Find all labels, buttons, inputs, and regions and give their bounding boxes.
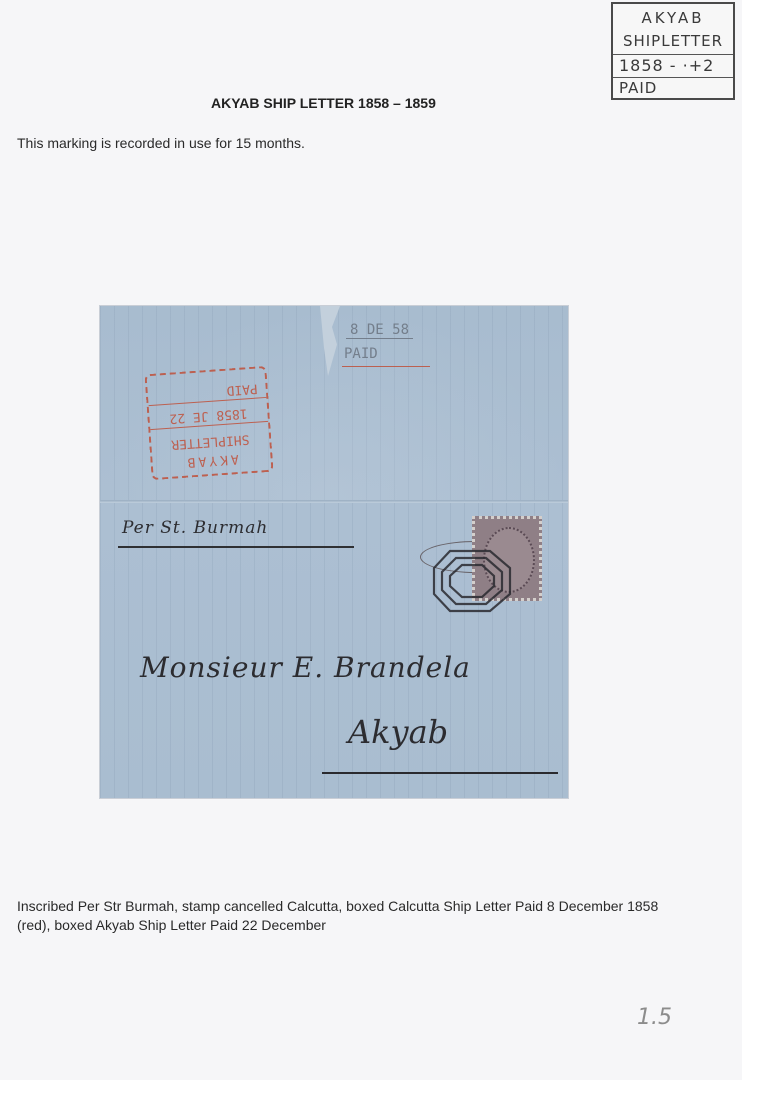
reference-marking-date: 1858 - ·+2 — [613, 54, 733, 75]
reference-marking-line1: AKYAB — [613, 9, 733, 27]
reference-marking-line2: SHIPLETTER — [613, 32, 733, 50]
page-title: AKYAB SHIP LETTER 1858 – 1859 — [211, 95, 436, 111]
item-description: Inscribed Per Str Burmah, stamp cancelle… — [17, 897, 677, 935]
handwritten-destination: Akyab — [348, 713, 448, 751]
akyab-ship-letter-red-marking: AKYAB SHIPLETTER 1858 JE 22 PAID — [144, 366, 273, 480]
red-marking-paid: PAID — [147, 380, 266, 406]
page-number: 1.5 — [637, 1005, 672, 1030]
calcutta-marking-paid: PAID — [344, 346, 378, 362]
handwritten-addressee: Monsieur E. Brandela — [140, 651, 471, 684]
calcutta-ship-letter-marking: 8 DE 58 PAID — [342, 320, 432, 370]
red-underline — [342, 366, 430, 367]
reference-marking-tracing: AKYAB SHIPLETTER 1858 - ·+2 PAID — [611, 2, 735, 100]
calcutta-marking-date: 8 DE 58 — [346, 322, 413, 339]
reference-marking-paid: PAID — [613, 77, 733, 97]
fold-line — [100, 500, 568, 503]
entire-letter-cover: 8 DE 58 PAID AKYAB SHIPLETTER 1858 JE 22… — [100, 306, 568, 798]
routing-underline — [118, 546, 354, 548]
red-marking-line1: AKYAB — [152, 449, 271, 472]
red-marking-date: 1858 JE 22 — [149, 404, 268, 430]
intro-text: This marking is recorded in use for 15 m… — [17, 135, 305, 151]
destination-underline — [322, 772, 558, 774]
handwritten-routing: Per St. Burmah — [122, 518, 268, 538]
octagonal-numeral-cancel-icon — [430, 546, 520, 616]
